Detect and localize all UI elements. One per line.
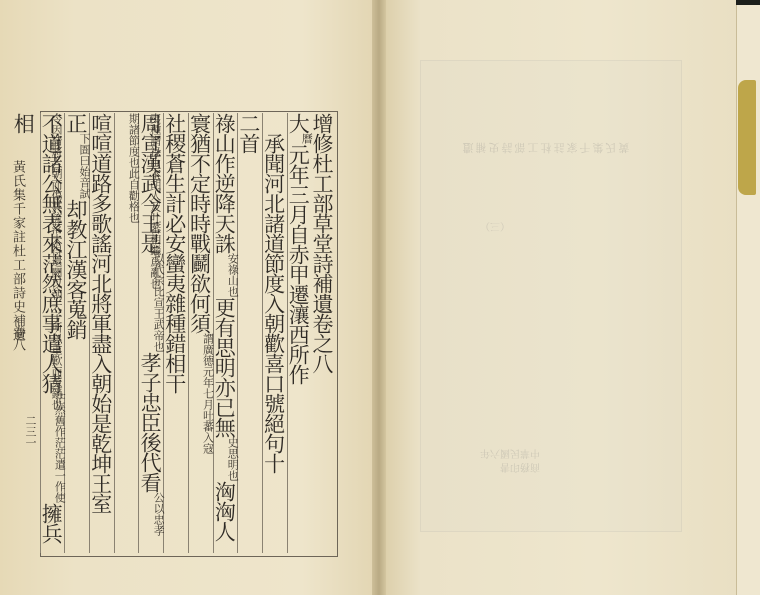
commentary-note: 以代宗比宣王武帝也 (152, 253, 164, 352)
bleed-through-imprint-line: 商務印書 (480, 459, 540, 473)
margin-page-number: 二三一 (22, 415, 38, 448)
commentary-note: 期諸節度也此自勸格也 (127, 113, 139, 223)
text-column: 增修杜工部草堂詩補遺卷之八 (311, 113, 336, 553)
book-gutter (372, 0, 386, 595)
text-column: 期諸節度也此自勸格也 (114, 113, 140, 553)
text-column: 承聞河北諸道節度入朝歡喜口號絕句十 (262, 113, 288, 553)
bleed-through-subtitle: （三） (480, 220, 510, 235)
text-column: 寰猶不定時時戰鬬欲何須謂廣德元年七月吐蕃入寇 (188, 113, 214, 553)
text-column: 不道諸公無表來茫然庶事遣人猜茫然舊作茫茫遣一作使擁兵相 (40, 113, 66, 553)
margin-book-title: 黃氏集千家註杜工部詩史補遺 (8, 160, 27, 342)
text-column: 祿山作逆降天誅安祿山也更有思明亦已無史思明也洶洶人 (213, 113, 239, 553)
margin-volume: 卷八 (8, 325, 27, 351)
text-column: 大曆元年三月自赤甲遷瀼西所作 (287, 113, 313, 553)
text-column: 二首 (237, 113, 263, 553)
text-column: 喧喧道路多歌謠河北將軍盡入朝始是乾坤王室 (89, 113, 115, 553)
main-text: 不道諸公無表來茫然庶事遣人猜 (39, 113, 63, 393)
main-text: 承聞河北諸道節度入朝歡喜口號絕句十 (262, 113, 286, 473)
commentary-note: 茫然舊作茫茫遣一作使 (53, 393, 65, 503)
cover-ornament (738, 80, 756, 195)
bleed-through-title: 黃氏集千家註杜工部詩史補遺 (425, 140, 665, 156)
main-text: 正 (64, 113, 88, 133)
cover-top-bar (736, 0, 760, 5)
main-text: 寰猶不定時時戰鬬欲何須 (187, 113, 211, 333)
main-text: 祿山作逆降天誅 (212, 113, 236, 253)
bleed-through-imprint: 商務印書 中華民國六年 (480, 445, 540, 473)
commentary-note: 下圄曰始音試 (78, 133, 90, 199)
text-column: 正下圄曰始音試却教江漢客蒐銷今因諸將入朝而傷其流落未得還闕以朝天子所以重歎而蒐銷… (64, 113, 90, 553)
main-text: 元年三月自赤甲遷瀼西所作 (286, 144, 310, 384)
bleed-through-imprint-line: 中華民國六年 (480, 445, 540, 459)
main-text: 洶洶人 (212, 481, 236, 541)
main-text: 二首 (237, 113, 261, 153)
commentary-note: 曆 (300, 133, 312, 144)
commentary-note: 安祿山也 (226, 253, 238, 297)
main-text: 社稷蒼生計必安蠻夷雜種錯相干 (163, 113, 187, 393)
commentary-note: 公以忠孝 (152, 492, 164, 536)
main-text: 增修杜工部草堂詩補遺卷之八 (310, 113, 334, 373)
main-text: 周宣漢武今王是 (138, 113, 162, 253)
text-column: 社稷蒼生計必安蠻夷雜種錯相干夷種謂祿山本胡人及吐蕃相繼爲亂也 (163, 113, 189, 553)
main-text: 孝子忠臣後代看 (138, 352, 162, 492)
main-text: 却教江漢客蒐銷 (64, 199, 88, 339)
text-column: 周宣漢武今王是以代宗比宣王武帝也孝子忠臣後代看公以忠孝 (138, 113, 164, 553)
main-text: 更有思明亦已無 (212, 297, 236, 437)
commentary-note: 謂廣德元年七月吐蕃入寇 (201, 333, 213, 454)
main-text: 大 (286, 113, 310, 133)
commentary-note: 史思明也 (226, 437, 238, 481)
bleed-through-frame (420, 60, 682, 532)
main-text: 喧喧道路多歌謠河北將軍盡入朝始是乾坤王室 (89, 113, 113, 513)
